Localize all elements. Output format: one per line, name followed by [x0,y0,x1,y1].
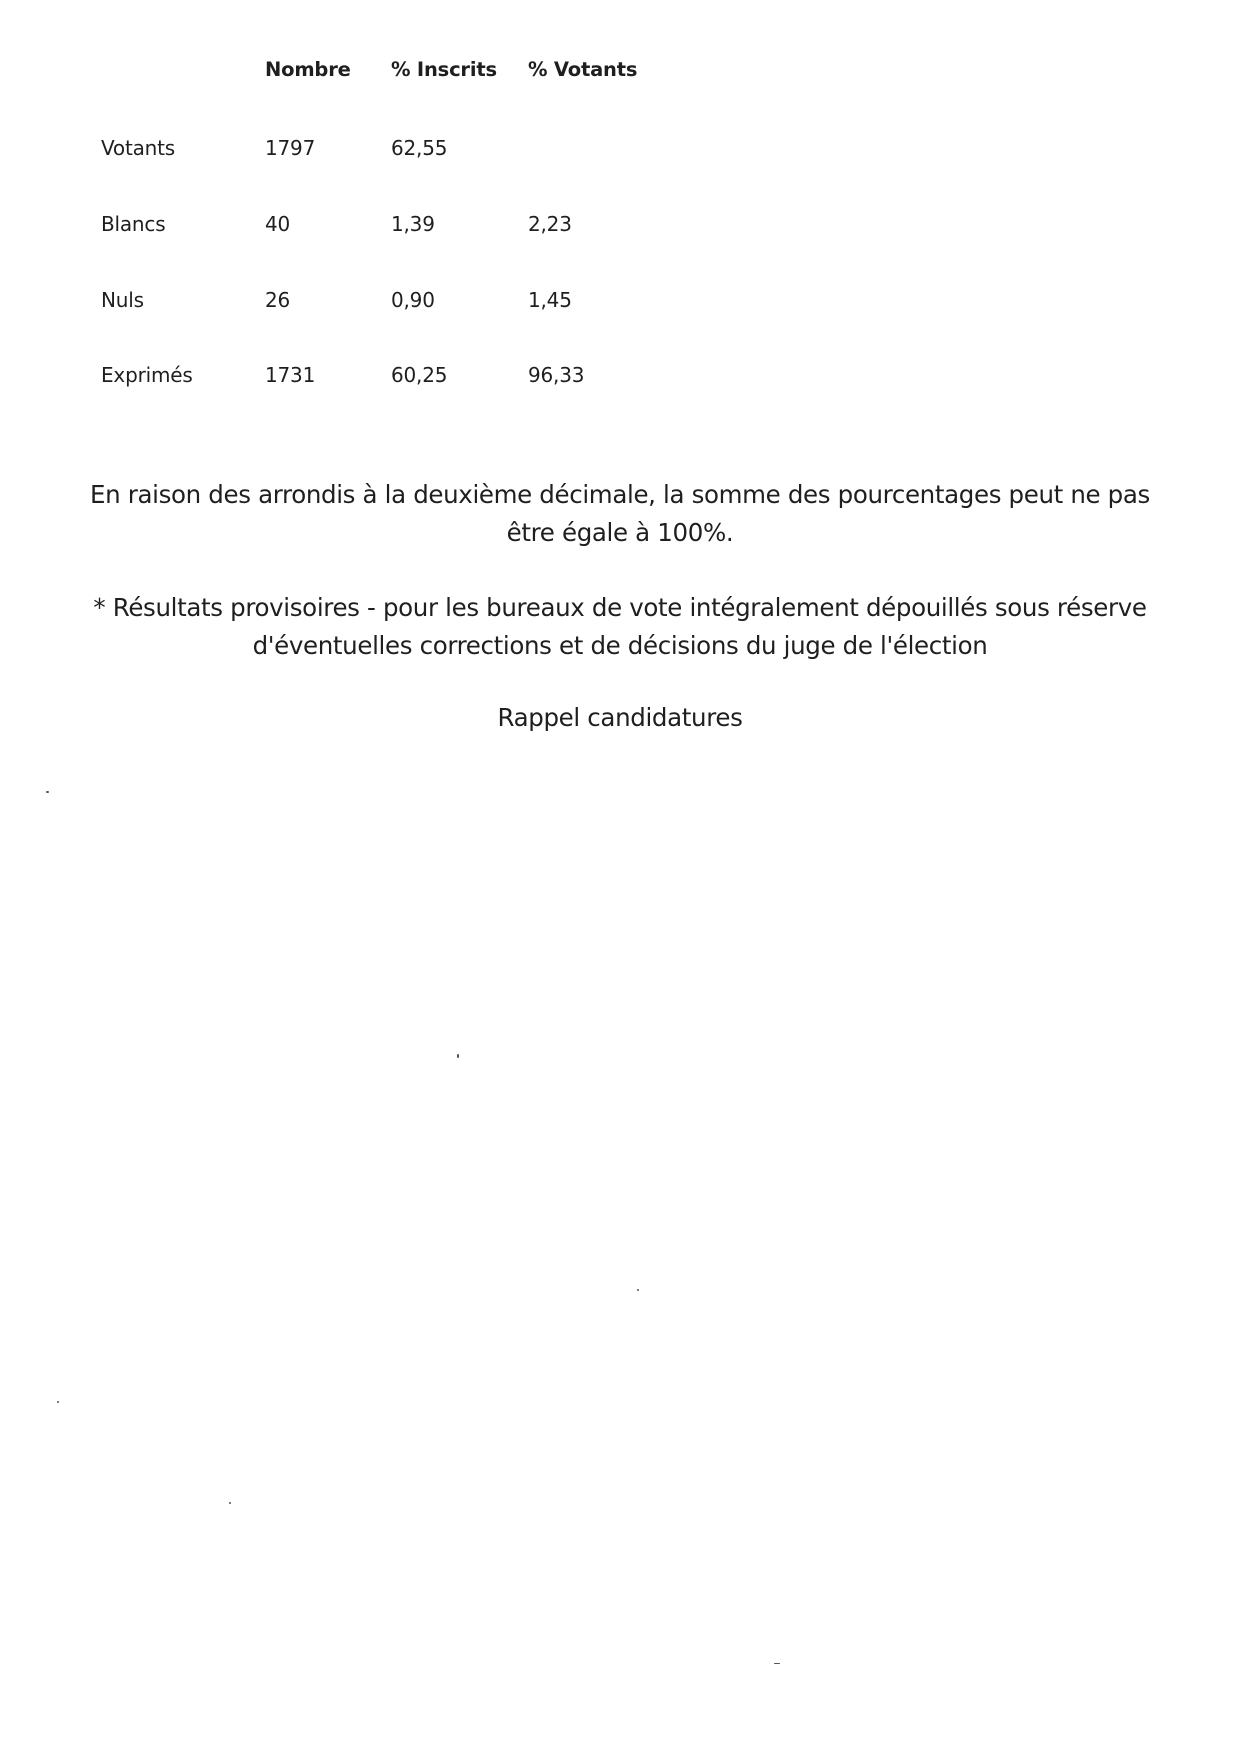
document-page: Nombre % Inscrits % Votants Votants 1797… [0,0,1240,1754]
row-label-nuls: Nuls [101,288,144,312]
cell-nombre: 26 [265,288,290,312]
cell-nombre: 1731 [265,363,315,387]
cell-nombre: 1797 [265,136,315,160]
rounding-note: En raison des arrondis à la deuxième déc… [70,476,1170,552]
scan-speck [229,1502,231,1504]
cell-percent-votants: 2,23 [528,212,572,236]
row-label-votants: Votants [101,136,175,160]
header-percent-inscrits: % Inscrits [391,58,497,82]
scan-speck [457,1054,459,1058]
header-nombre: Nombre [265,58,351,82]
scan-speck [637,1289,639,1291]
scan-speck [46,791,49,793]
cell-percent-inscrits: 1,39 [391,212,435,236]
row-label-exprimes: Exprimés [101,363,193,387]
cell-percent-inscrits: 60,25 [391,363,447,387]
row-label-blancs: Blancs [101,212,165,236]
cell-nombre: 40 [265,212,290,236]
scan-speck [774,1663,780,1664]
cell-percent-inscrits: 0,90 [391,288,435,312]
cell-percent-votants: 96,33 [528,363,584,387]
provisional-results-note: * Résultats provisoires - pour les burea… [70,589,1170,665]
cell-percent-votants: 1,45 [528,288,572,312]
header-percent-votants: % Votants [528,58,637,82]
rappel-candidatures-heading: Rappel candidatures [70,699,1170,737]
scan-speck [57,1401,59,1403]
cell-percent-inscrits: 62,55 [391,136,447,160]
